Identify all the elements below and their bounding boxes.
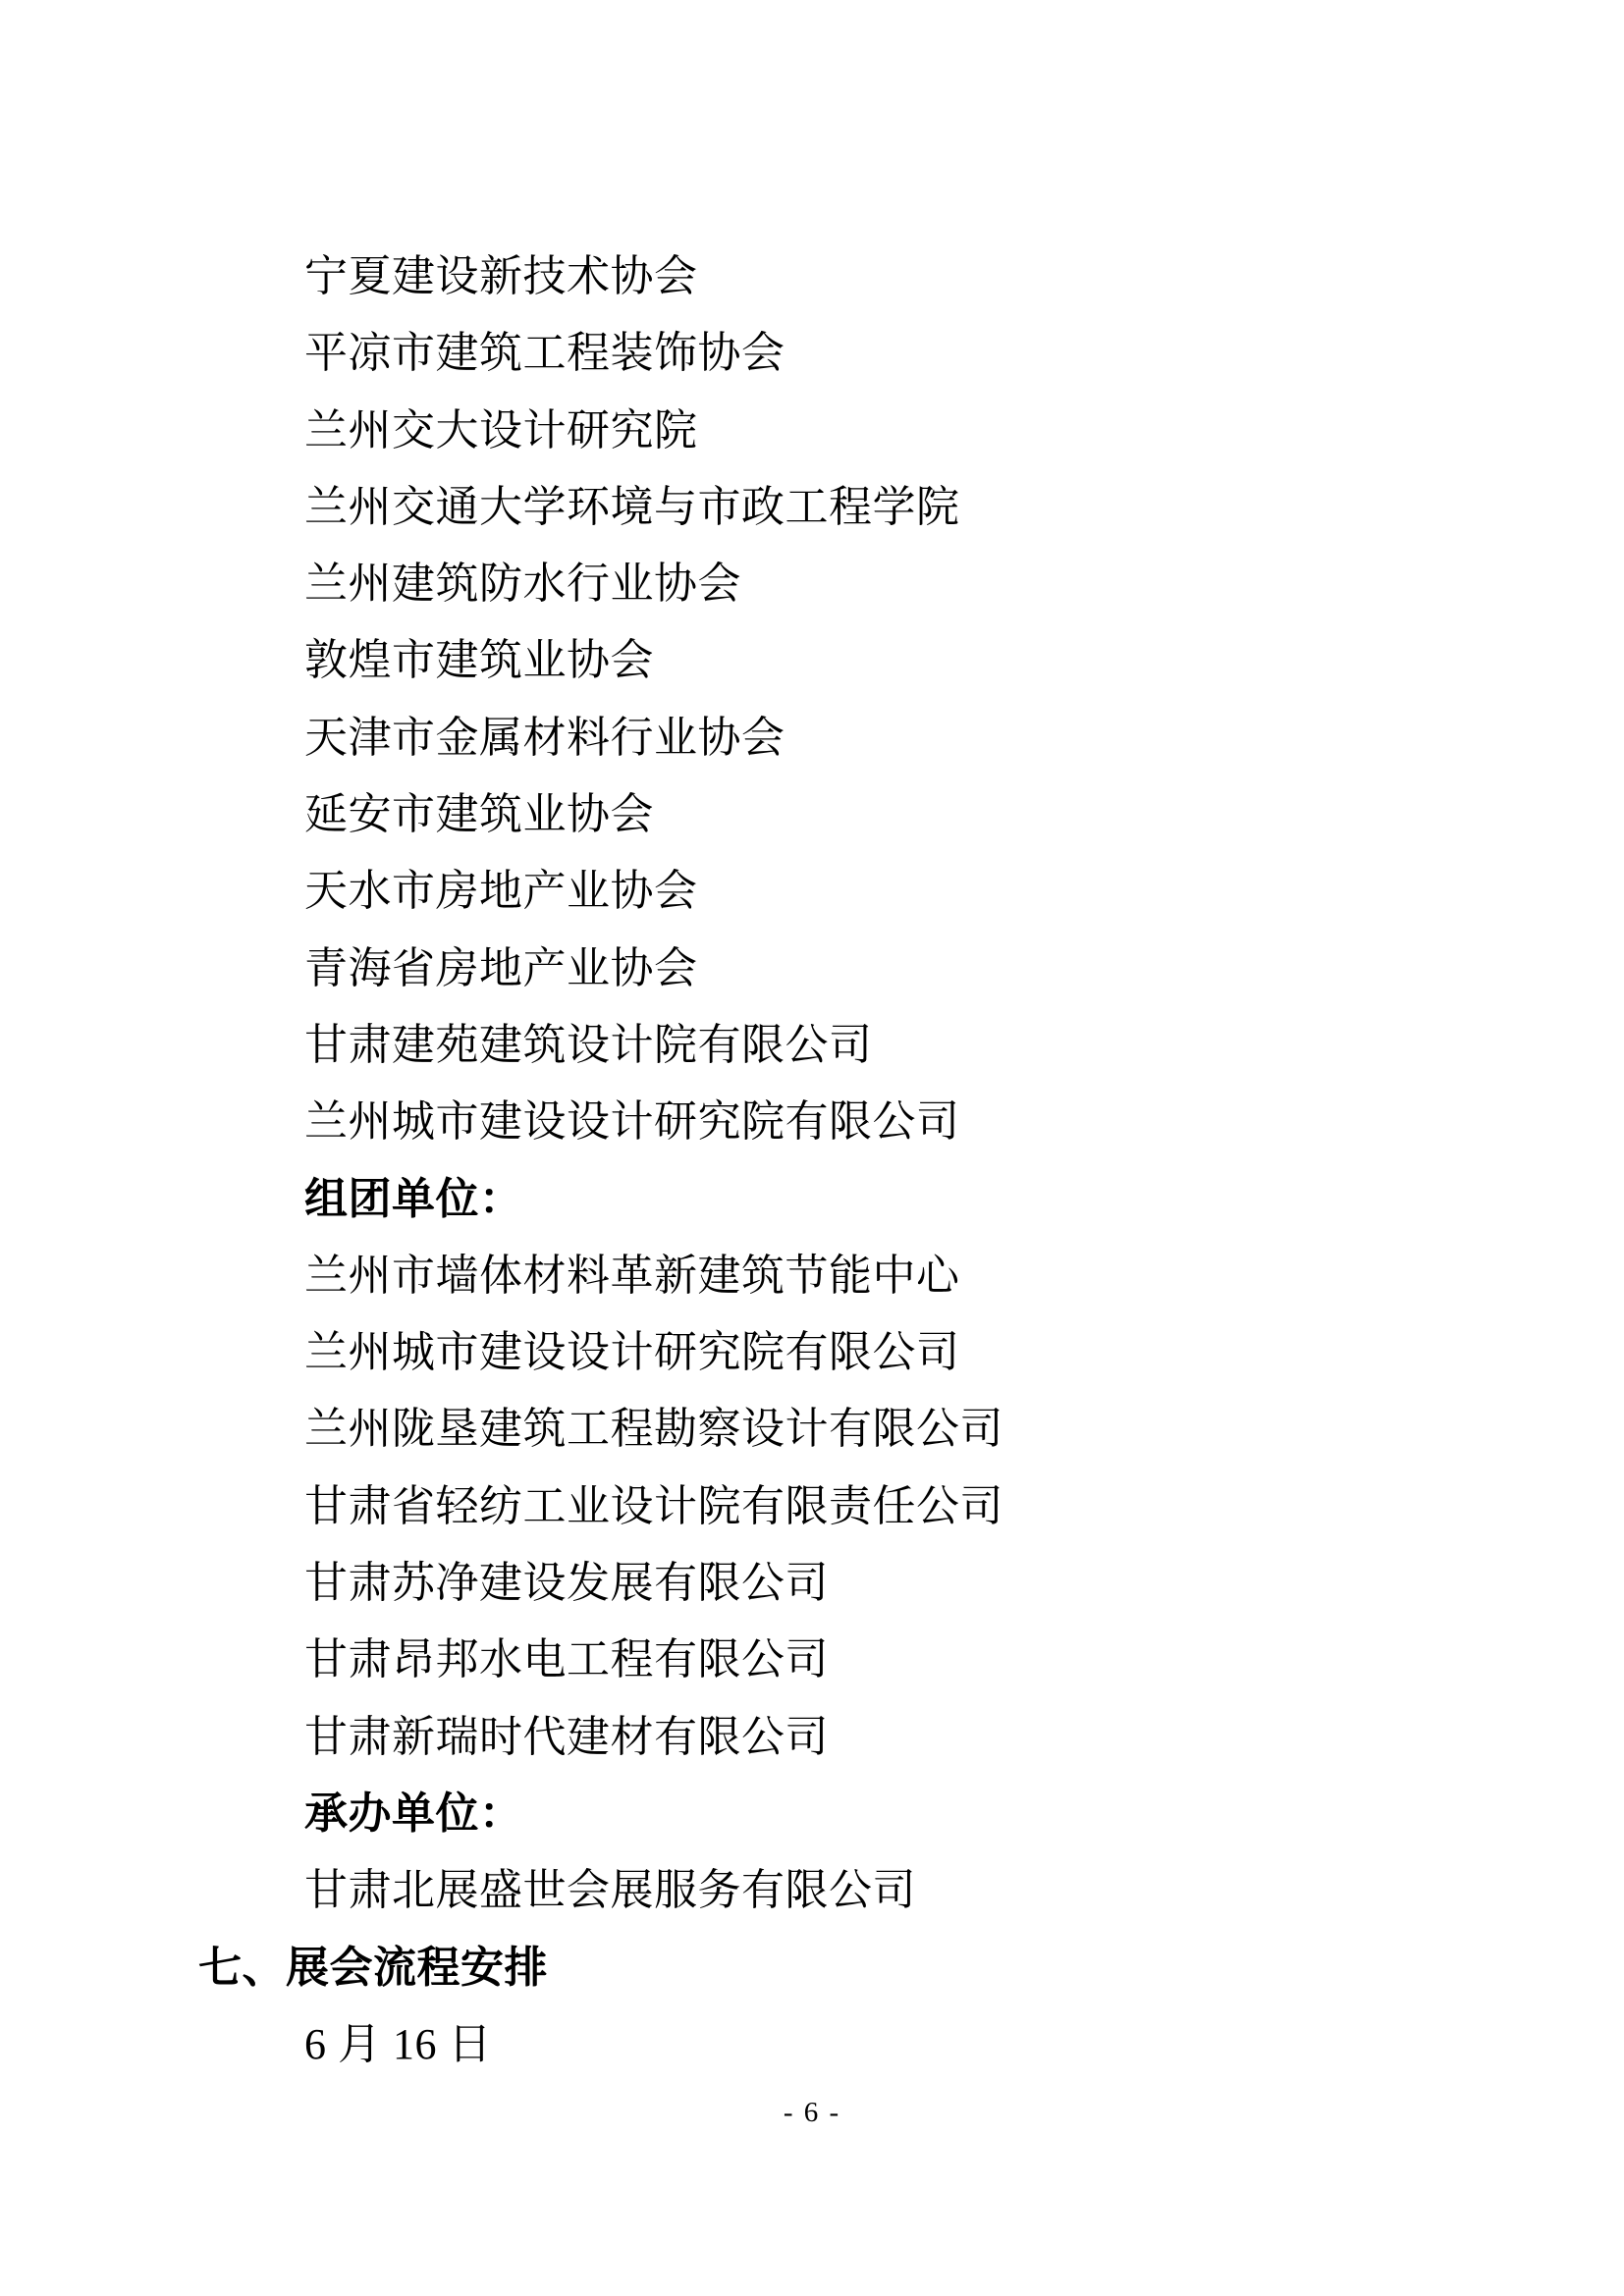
document-page: 宁夏建设新技术协会 平凉市建筑工程装饰协会 兰州交大设计研究院 兰州交通大学环境… (0, 0, 1624, 2296)
org-list-item: 兰州城市建设设计研究院有限公司 (0, 1314, 1624, 1391)
group-units-header: 组团单位： (0, 1161, 1624, 1238)
org-list-item: 天津市金属材料行业协会 (0, 700, 1624, 776)
org-list-item: 敦煌市建筑业协会 (0, 622, 1624, 699)
org-list-item: 延安市建筑业协会 (0, 776, 1624, 853)
org-list-item: 甘肃新瑞时代建材有限公司 (0, 1699, 1624, 1776)
org-list-item: 兰州交通大学环境与市政工程学院 (0, 469, 1624, 546)
org-list-item: 甘肃建苑建筑设计院有限公司 (0, 1007, 1624, 1084)
org-list-item: 天水市房地产业协会 (0, 853, 1624, 930)
page-number: - 6 - (0, 2095, 1624, 2130)
org-list-item: 宁夏建设新技术协会 (0, 239, 1624, 315)
org-list-item: 兰州交大设计研究院 (0, 393, 1624, 469)
org-list-item: 甘肃昂邦水电工程有限公司 (0, 1622, 1624, 1698)
org-list-item: 甘肃省轻纺工业设计院有限责任公司 (0, 1468, 1624, 1545)
document-body: 宁夏建设新技术协会 平凉市建筑工程装饰协会 兰州交大设计研究院 兰州交通大学环境… (0, 239, 1624, 2083)
org-list-item: 兰州城市建设设计研究院有限公司 (0, 1084, 1624, 1160)
org-list-item: 兰州建筑防水行业协会 (0, 546, 1624, 622)
section-heading-7: 七、展会流程安排 (0, 1930, 1624, 2006)
organizer-units-header: 承办单位： (0, 1776, 1624, 1852)
org-list-item: 兰州市墙体材料革新建筑节能中心 (0, 1238, 1624, 1314)
org-list-item: 青海省房地产业协会 (0, 931, 1624, 1007)
org-list-item: 甘肃苏净建设发展有限公司 (0, 1545, 1624, 1622)
org-list-item: 兰州陇垦建筑工程勘察设计有限公司 (0, 1391, 1624, 1468)
org-list-item: 平凉市建筑工程装饰协会 (0, 315, 1624, 392)
schedule-date: 6 月 16 日 (0, 2006, 1624, 2083)
org-list-item: 甘肃北展盛世会展服务有限公司 (0, 1852, 1624, 1929)
